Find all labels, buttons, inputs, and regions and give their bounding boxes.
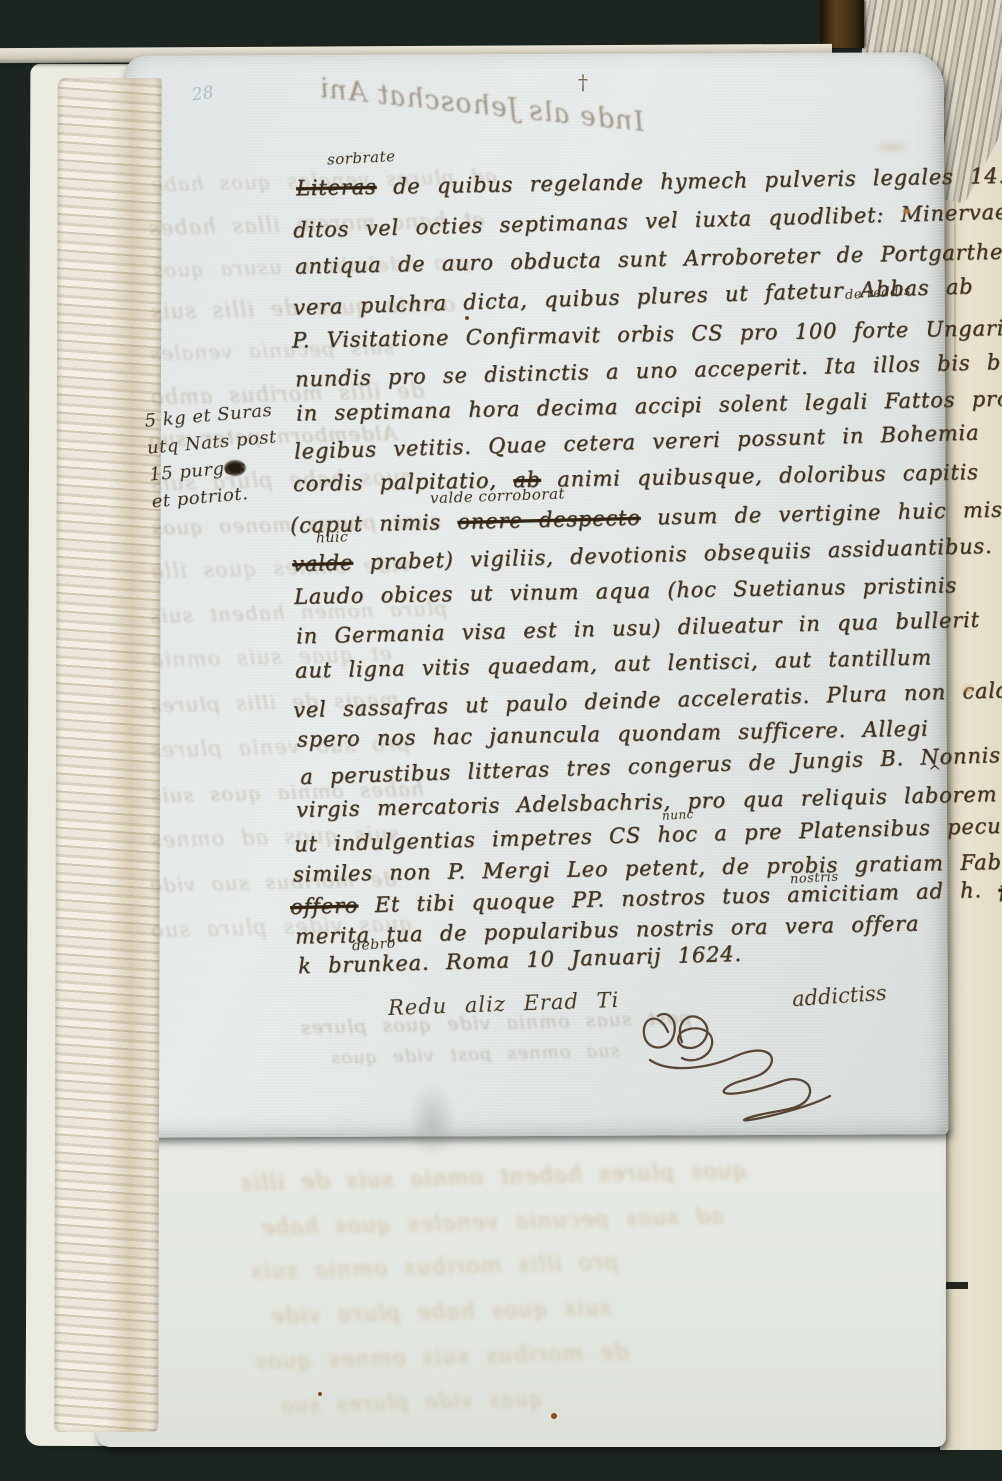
folio-number: 28 [191, 83, 215, 106]
closing-valediction: addictiss [791, 981, 887, 1012]
manuscript-line: P. Visitatione Confirmavit orbis CS pro … [292, 316, 1002, 353]
showthrough-line: pro illis moribus omnia suis [250, 1250, 619, 1285]
interlinear-word: valde corroborat [430, 485, 566, 508]
margin-note: 5 kg et Surasutq Nats post15 purgoset po… [144, 397, 283, 516]
tan-stain [872, 140, 912, 154]
manuscript-line: antiqua de auro obducta sunt Arroboreter… [295, 239, 1002, 278]
manuscript-line: Laudo obices ut vinum aqua (hoc Suetianu… [294, 573, 957, 609]
showthrough-line: ad suas pecunia venales quos habe [260, 1204, 725, 1241]
interlinear-word: nostris [790, 870, 839, 888]
interlinear-word: huic [316, 529, 349, 546]
showthrough-line: sua omnes post vide quos [330, 1040, 620, 1069]
manuscript-line: nundis pro se distinctis a uno acceperit… [295, 349, 1002, 392]
manuscript-line: (caput nimis onere despecto usum de vert… [290, 496, 1002, 537]
tan-stain [964, 686, 973, 693]
manuscript-photo: ad plures venales quos habeet hanc morem… [0, 0, 1002, 1481]
foxing-spot [318, 1392, 322, 1396]
manuscript-line: vel sassafras ut paulo deinde accelerati… [293, 678, 1002, 722]
manuscript-line: legibus vetitis. Quae cetera vereri poss… [294, 420, 980, 463]
signature-flourish [630, 1008, 860, 1132]
manuscript-line: valde prabet) vigiliis, devotionis obseq… [292, 534, 993, 576]
interlinear-word: nunc [662, 807, 695, 823]
manuscript-line: ditos vel octies septimanas vel iuxta qu… [293, 200, 1002, 243]
ink-layer: ad plures venales quos habeet hanc morem… [0, 0, 1002, 1481]
grey-blotch [408, 1082, 456, 1160]
foxing-spot [903, 209, 910, 214]
heading-showthrough: Inde als Jehoschat Ani [317, 73, 645, 138]
foxing-spot [551, 1413, 557, 1419]
foxing-spot [465, 316, 469, 320]
ink-blot [224, 460, 246, 476]
cross-mark: † [578, 70, 588, 94]
showthrough-line: de moribus suis omnes quos [255, 1340, 629, 1375]
showthrough-line: quos plures habent omnia suis de illis [240, 1158, 747, 1196]
interlinear-word: sorbrate [327, 147, 396, 169]
interlinear-word: debro [351, 935, 396, 954]
manuscript-line: spero nos hac januncula quondam sufficer… [297, 716, 929, 751]
interlinear-word: ^ [928, 762, 942, 781]
showthrough-line: suis quos habe plura vide [270, 1296, 612, 1330]
